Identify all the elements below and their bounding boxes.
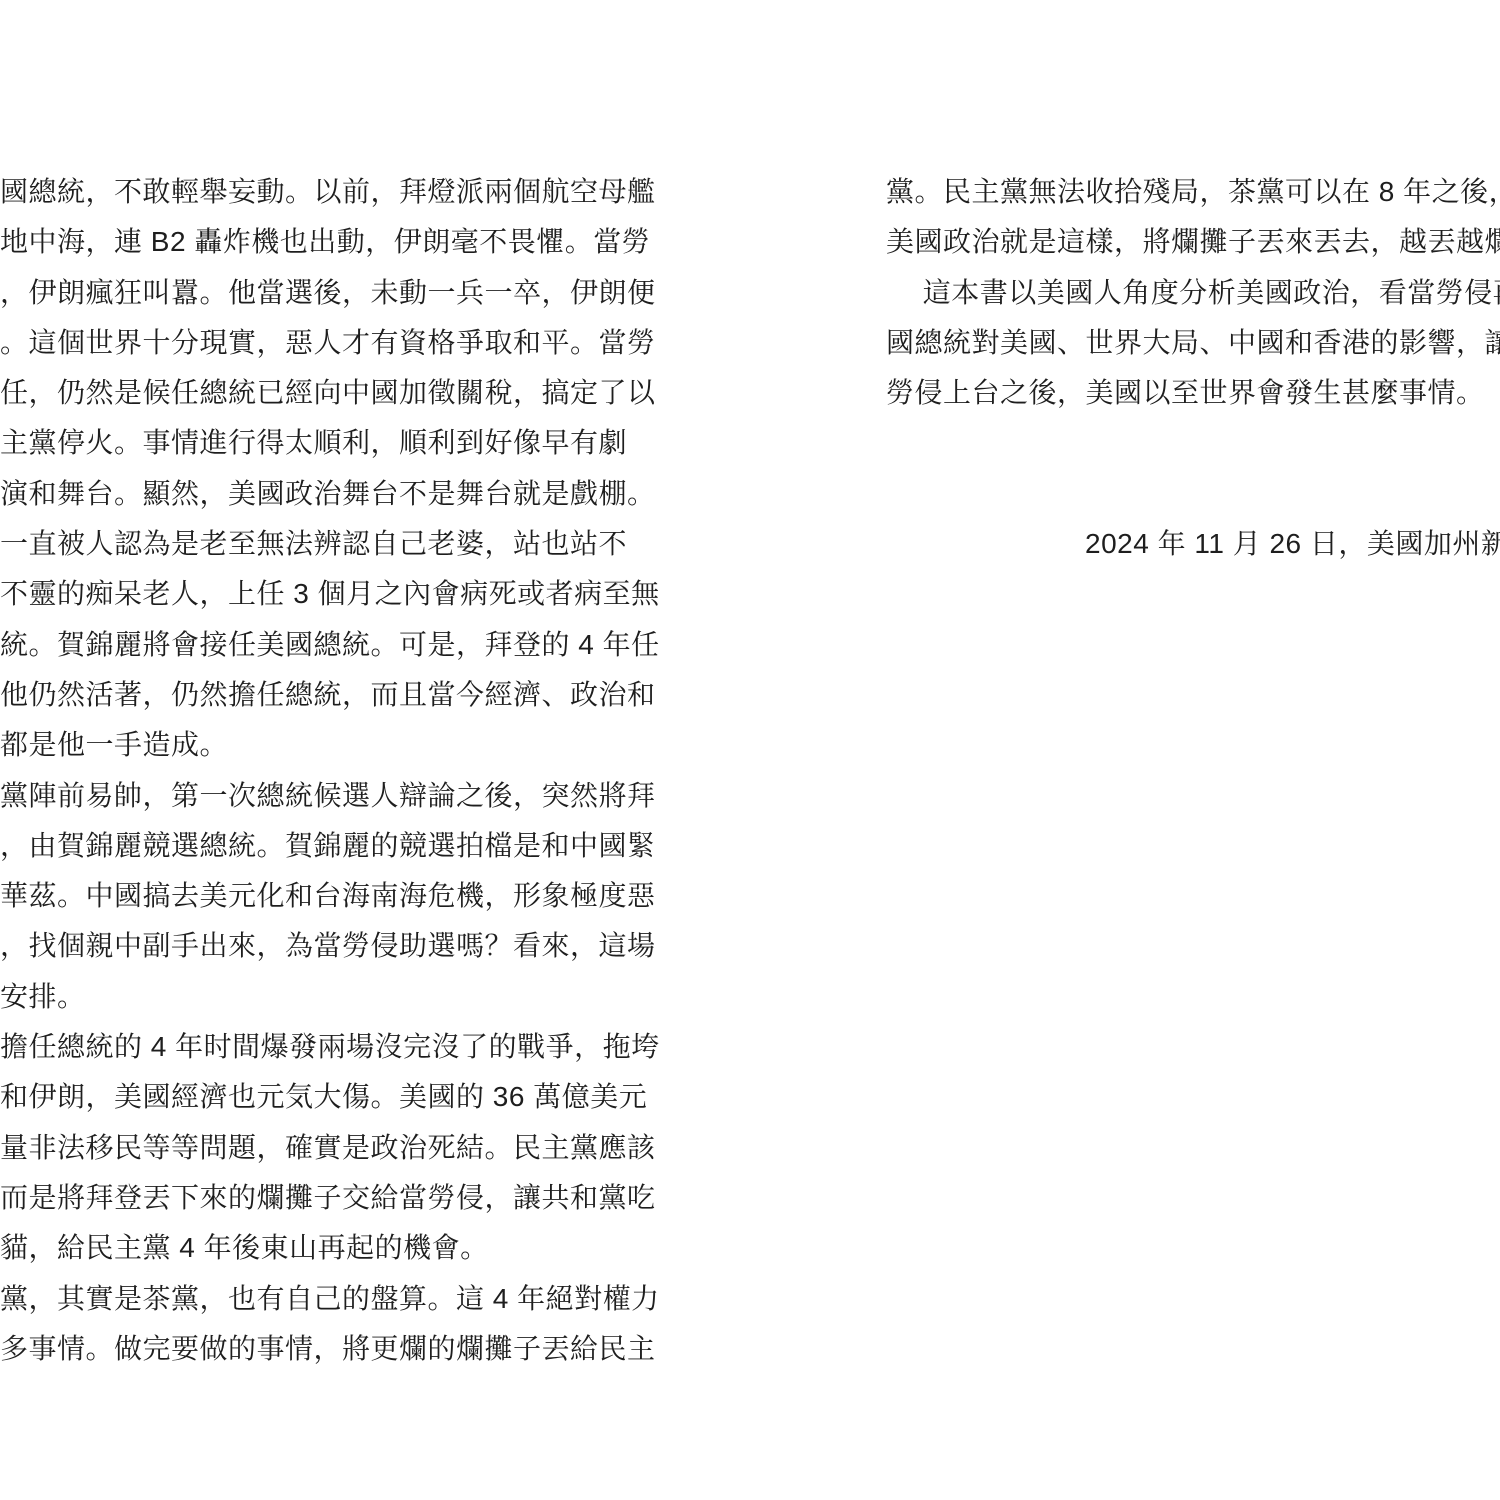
right-text-column: 黨。民主黨無法收拾殘局，茶黨可以在 8 年之後，東美國政治就是這樣，將爛攤子丟來… [886, 167, 1500, 569]
text-line [886, 469, 1500, 519]
text-line: 演和舞台。顯然，美國政治舞台不是舞台就是戲棚。 [0, 469, 625, 519]
text-line: 貓，給民主黨 4 年後東山再起的機會。 [0, 1223, 625, 1273]
date-line: 2024 年 11 月 26 日，美國加州新 [886, 519, 1500, 569]
text-line: 黨。民主黨無法收拾殘局，茶黨可以在 8 年之後，東 [886, 167, 1500, 217]
left-text-column: 國總統，不敢輕舉妄動。以前，拜燈派兩個航空母艦地中海，連 B2 轟炸機也出動，伊… [0, 167, 625, 1374]
text-line: 擔任總統的 4 年时間爆發兩場沒完沒了的戰爭，拖垮 [0, 1022, 625, 1072]
text-line: 而是將拜登丟下來的爛攤子交給當勞侵，讓共和黨吃 [0, 1173, 625, 1223]
text-line: 安排。 [0, 972, 625, 1022]
right-paragraph-lines: 黨。民主黨無法收拾殘局，茶黨可以在 8 年之後，東美國政治就是這樣，將爛攤子丟來… [886, 167, 1500, 519]
text-line: 任，仍然是候任總統已經向中國加徵關稅，搞定了以 [0, 368, 625, 418]
text-line: ，伊朗瘋狂叫囂。他當選後，未動一兵一卒，伊朗便 [0, 268, 625, 318]
text-line: 這本書以美國人角度分析美國政治，看當勞侵再 [886, 268, 1500, 318]
text-line: 統。賀錦麗將會接任美國總統。可是，拜登的 4 年任 [0, 620, 625, 670]
text-line: 量非法移民等等問題，確實是政治死結。民主黨應該 [0, 1123, 625, 1173]
text-line: ，由賀錦麗競選總統。賀錦麗的競選拍檔是和中國緊 [0, 821, 625, 871]
text-line: 美國政治就是這樣，將爛攤子丟來丟去，越丟越爛。 [886, 217, 1500, 267]
text-line: 他仍然活著，仍然擔任總統，而且當今經濟、政治和 [0, 670, 625, 720]
text-line: 主黨停火。事情進行得太順利，順利到好像早有劇 [0, 418, 625, 468]
text-line: 地中海，連 B2 轟炸機也出動，伊朗毫不畏懼。當勞 [0, 217, 625, 267]
text-line: 一直被人認為是老至無法辨認自己老婆，站也站不 [0, 519, 625, 569]
text-line: 勞侵上台之後，美國以至世界會發生甚麼事情。 [886, 368, 1500, 418]
text-line: 多事情。做完要做的事情，將更爛的爛攤子丟給民主 [0, 1324, 625, 1374]
text-line: 國總統對美國、世界大局、中國和香港的影響，讓讀 [886, 318, 1500, 368]
text-line: 華茲。中國搞去美元化和台海南海危機，形象極度惡 [0, 871, 625, 921]
text-line: ，找個親中副手出來，為當勞侵助選嗎？看來，這場 [0, 921, 625, 971]
text-line: 黨陣前易帥，第一次總統候選人辯論之後，突然將拜 [0, 771, 625, 821]
text-line: 國總統，不敢輕舉妄動。以前，拜燈派兩個航空母艦 [0, 167, 625, 217]
document-page: 國總統，不敢輕舉妄動。以前，拜燈派兩個航空母艦地中海，連 B2 轟炸機也出動，伊… [0, 0, 1500, 1500]
text-line [886, 418, 1500, 468]
text-line: 不靈的痴呆老人，上任 3 個月之內會病死或者病至無 [0, 569, 625, 619]
text-line: 。這個世界十分現實，惡人才有資格爭取和平。當勞 [0, 318, 625, 368]
text-line: 黨，其實是茶黨，也有自己的盤算。這 4 年絕對權力 [0, 1274, 625, 1324]
text-line: 都是他一手造成。 [0, 720, 625, 770]
text-line: 和伊朗，美國經濟也元気大傷。美國的 36 萬億美元 [0, 1072, 625, 1122]
